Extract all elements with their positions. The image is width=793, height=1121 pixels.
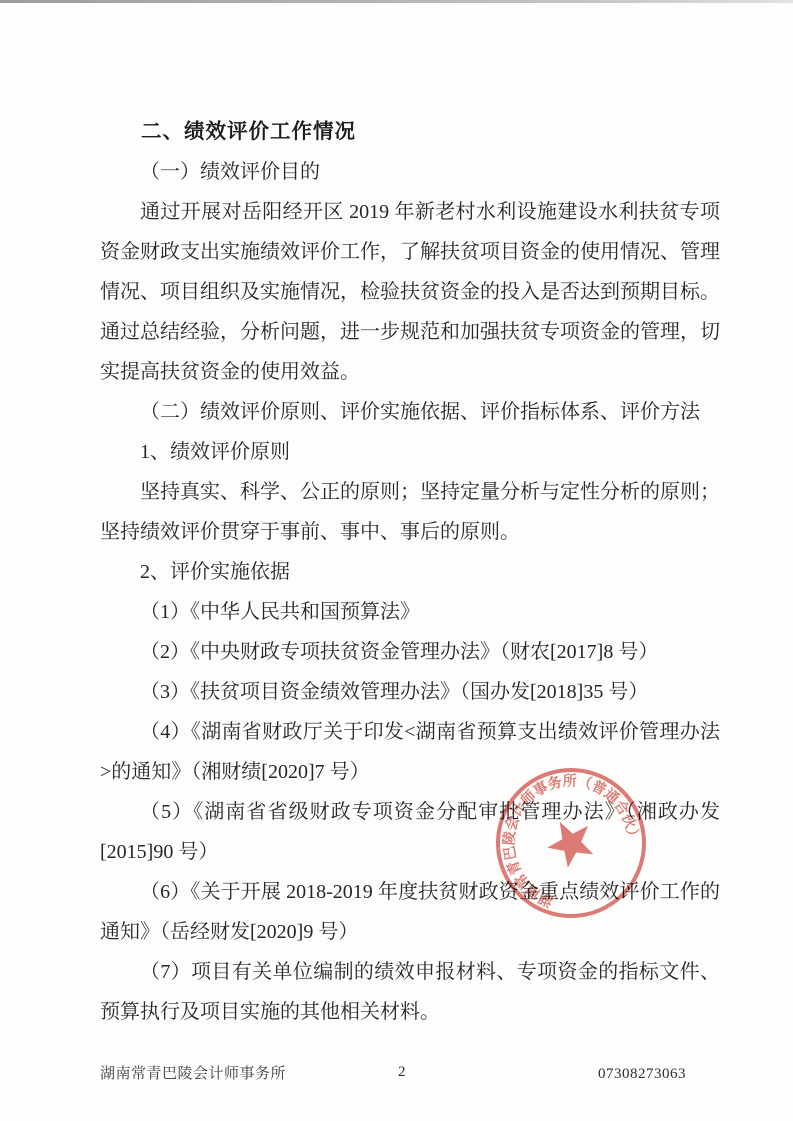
document-body: 二、绩效评价工作情况 （一）绩效评价目的 通过开展对岳阳经开区 2019 年新老… xyxy=(100,112,720,1032)
basis-item-2: （2）《中央财政专项扶贫资金管理办法》（财农[2017]8 号） xyxy=(100,632,720,672)
footer-page-number: 2 xyxy=(398,1064,406,1081)
paragraph-principles: 坚持真实、科学、公正的原则；坚持定量分析与定性分析的原则；坚持绩效评价贯穿于事前… xyxy=(100,472,720,552)
basis-item-3: （3）《扶贫项目资金绩效管理办法》（国办发[2018]35 号） xyxy=(100,672,720,712)
basis-item-5: （5）《湖南省省级财政专项资金分配审批管理办法》（湘政办发[2015]90 号） xyxy=(100,792,720,872)
footer-code: 07308273063 xyxy=(598,1066,686,1083)
basis-item-6: （6）《关于开展 2018-2019 年度扶贫财政资金重点绩效评价工作的通知》（… xyxy=(100,872,720,952)
basis-item-1: （1）《中华人民共和国预算法》 xyxy=(100,592,720,632)
basis-item-7: （7）项目有关单位编制的绩效申报材料、专项资金的指标文件、预算执行及项目实施的其… xyxy=(100,952,720,1032)
section-heading: 二、绩效评价工作情况 xyxy=(100,112,720,152)
item-heading-principles: 1、绩效评价原则 xyxy=(100,432,720,472)
item-heading-basis: 2、评价实施依据 xyxy=(100,552,720,592)
subsection-heading-2: （二）绩效评价原则、评价实施依据、评价指标体系、评价方法 xyxy=(100,392,720,432)
subsection-heading-1: （一）绩效评价目的 xyxy=(100,152,720,192)
paragraph-purpose: 通过开展对岳阳经开区 2019 年新老村水利设施建设水利扶贫专项资金财政支出实施… xyxy=(100,192,720,392)
basis-item-4: （4）《湖南省财政厅关于印发<湖南省预算支出绩效评价管理办法>的通知》（湘财绩[… xyxy=(100,712,720,792)
scan-edge-artifact xyxy=(0,0,793,3)
footer-firm-name: 湖南常青巴陵会计师事务所 xyxy=(100,1062,286,1083)
